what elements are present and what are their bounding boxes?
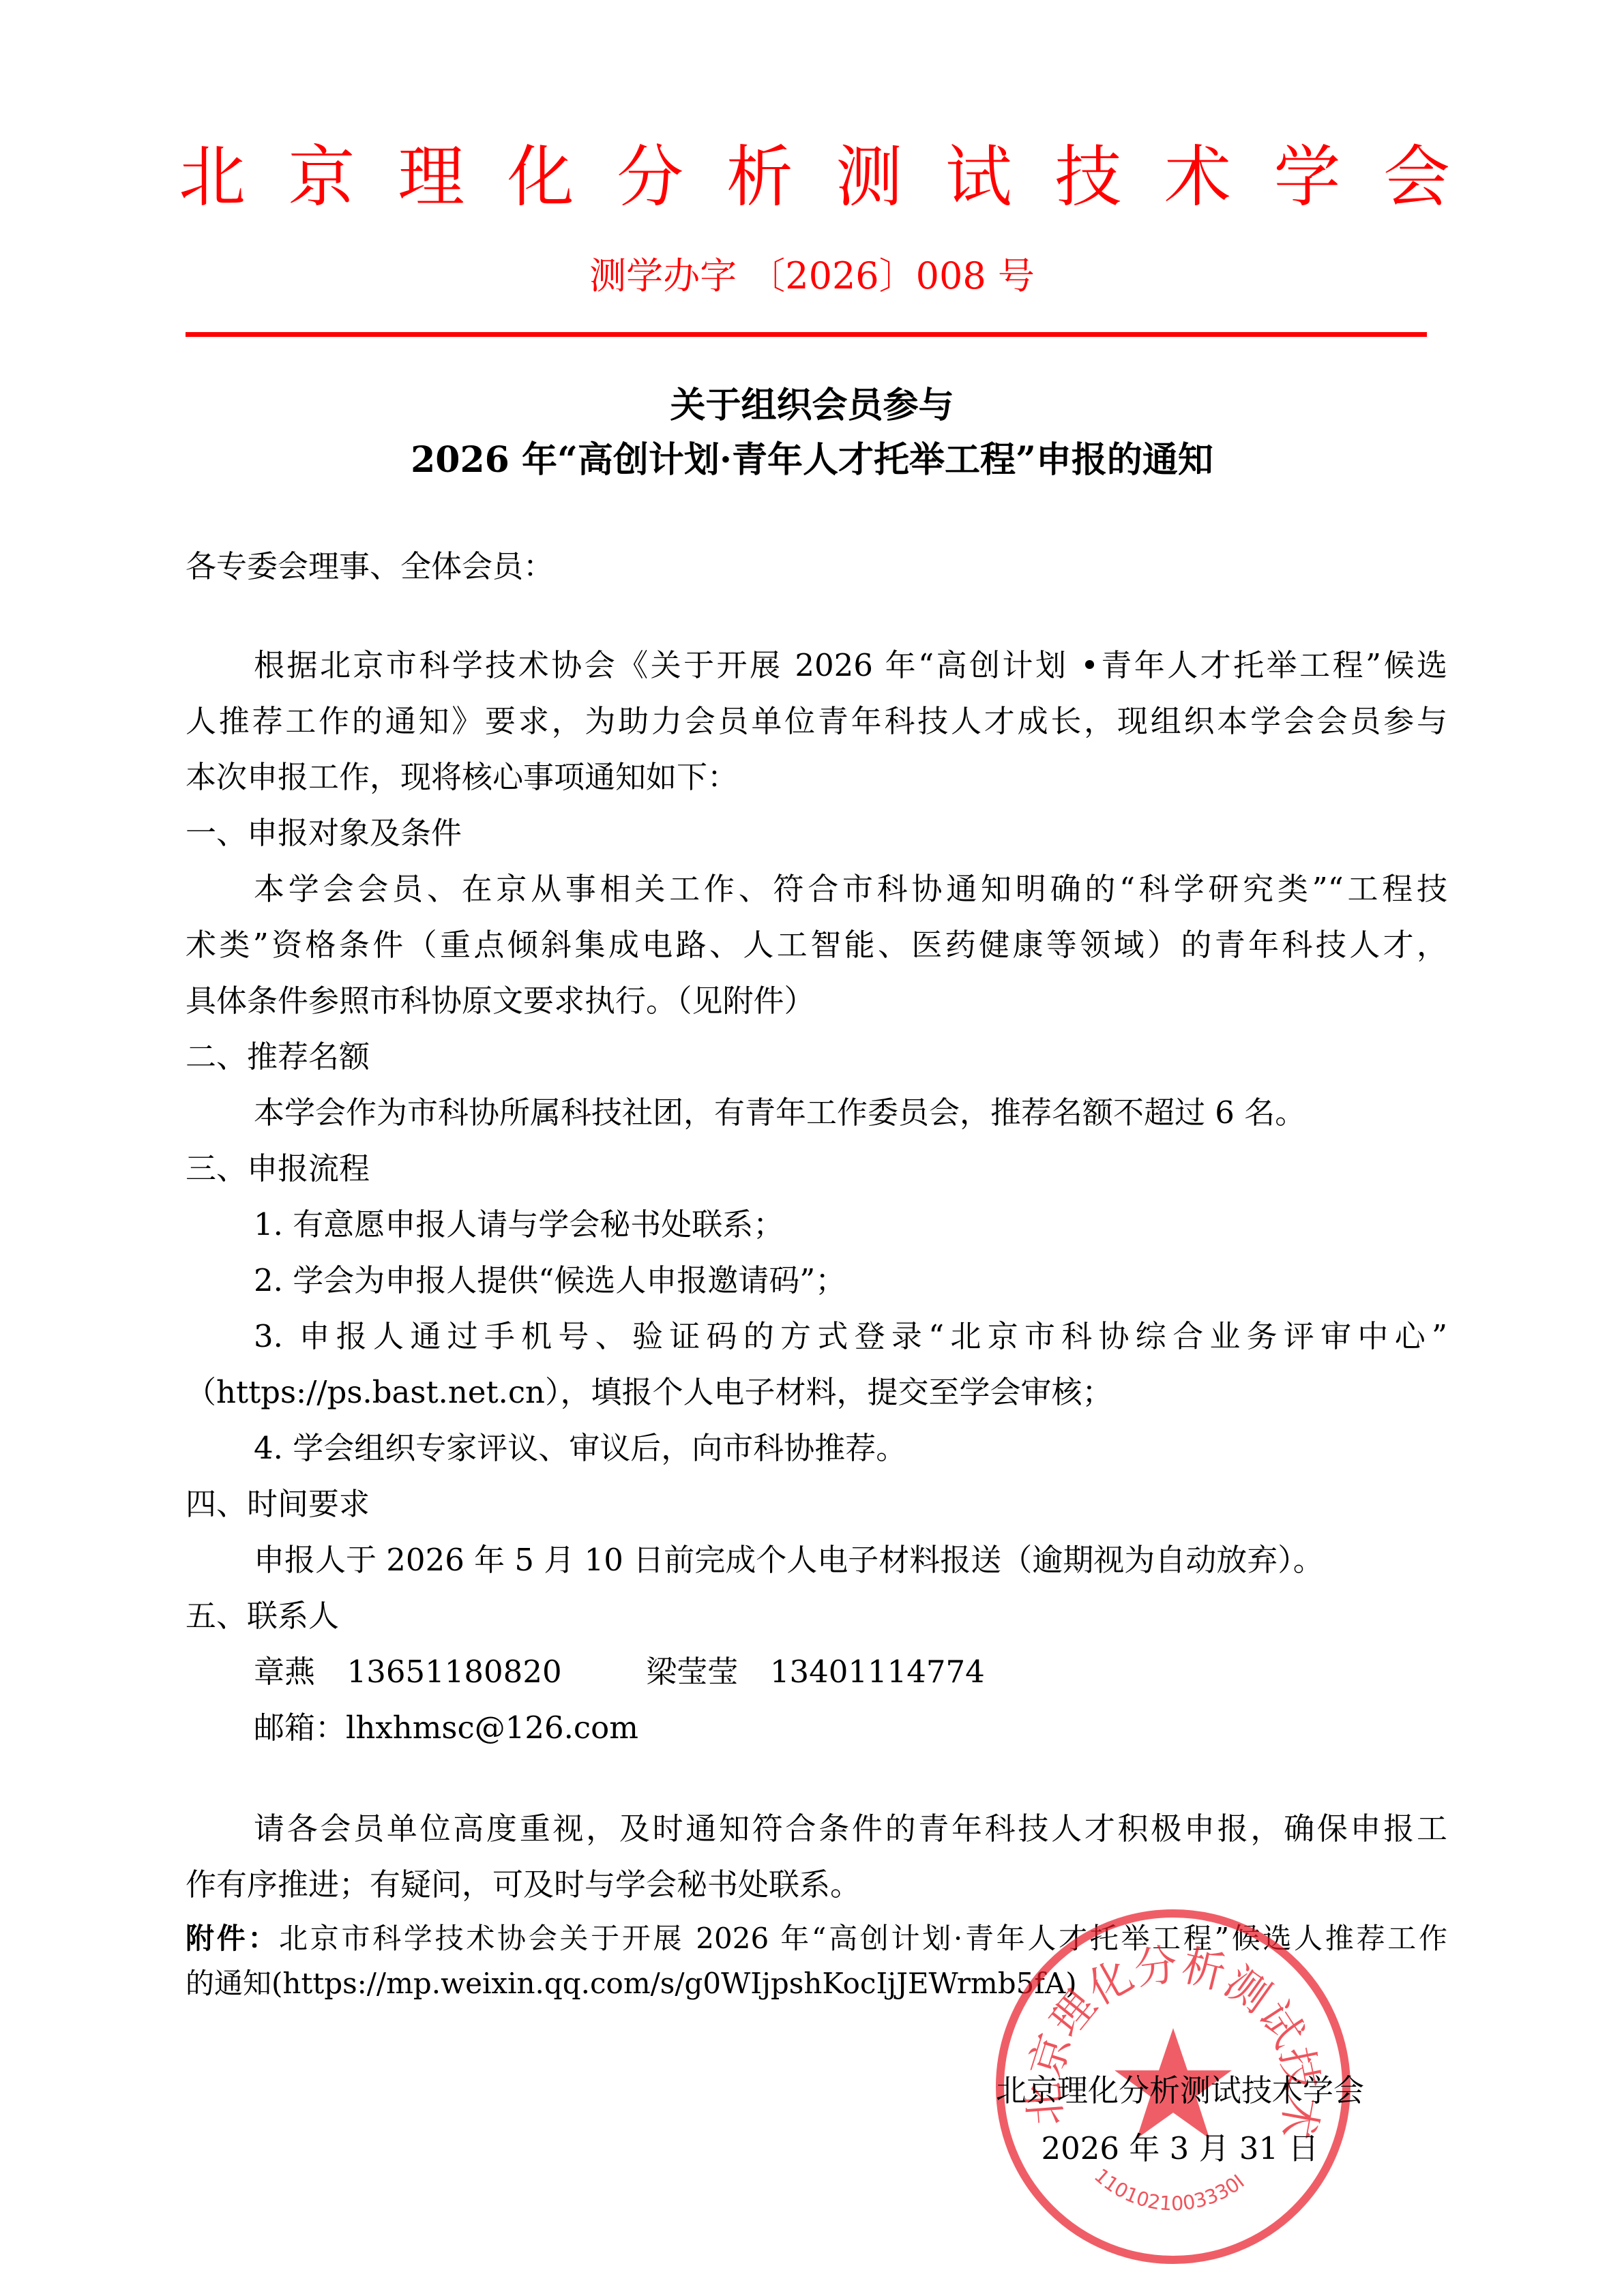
document-page: 北京理化分析测试技术学会 测学办字 〔2026〕008 号 关于组织会员参与 2… [0, 0, 1624, 2296]
process-step-4: 4. 学会组织专家评议、审议后，向市科协推荐。 [254, 1420, 1447, 1476]
intro-line-3: 本次申报工作，现将核心事项通知如下： [186, 749, 1447, 805]
attachment-label: 附件： [186, 1922, 279, 1955]
closing-line-1: 请各会员单位高度重视，及时通知符合条件的青年科技人才积极申报，确保申报工 [254, 1801, 1447, 1857]
contact-phone-1[interactable]: 13651180820 [347, 1654, 562, 1690]
section-1-line-2: 术类”资格条件（重点倾斜集成电路、人工智能、医药健康等领域）的青年科技人才， [186, 917, 1447, 973]
section-heading-5: 五、联系人 [186, 1588, 1447, 1644]
section-heading-4: 四、时间要求 [186, 1476, 1447, 1532]
org-letterhead-title: 北京理化分析测试技术学会 [179, 140, 1454, 215]
process-step-1: 1. 有意愿申报人请与学会秘书处联系； [254, 1197, 1447, 1253]
signature-org: 北京理化分析测试技术学会 [975, 2063, 1385, 2119]
process-step-3: 3. 申报人通过手机号、验证码的方式登录“北京市科协综合业务评审中心” [254, 1309, 1447, 1365]
section-heading-2: 二、推荐名额 [186, 1029, 1447, 1085]
salutation: 各专委会理事、全体会员： [186, 539, 1447, 595]
intro-line-2: 人推荐工作的通知》要求，为助力会员单位青年科技人才成长，现组织本学会会员参与 [186, 694, 1447, 749]
contact-name-2: 梁莹莹 [646, 1654, 738, 1690]
section-2-line-1: 本学会作为市科协所属科技社团，有青年工作委员会，推荐名额不超过 6 名。 [254, 1085, 1447, 1141]
section-heading-1: 一、申报对象及条件 [186, 805, 1447, 861]
document-number: 测学办字 〔2026〕008 号 [0, 252, 1624, 300]
section-4-line-1: 申报人于 2026 年 5 月 10 日前完成个人电子材料报送（逾期视为自动放弃… [254, 1532, 1447, 1588]
section-heading-3: 三、申报流程 [186, 1141, 1447, 1197]
contact-phone-2[interactable]: 13401114774 [770, 1654, 985, 1690]
section-1-line-1: 本学会会员、在京从事相关工作、符合市科协通知明确的“科学研究类”“工程技 [254, 861, 1447, 917]
process-step-3-continued: （https://ps.bast.net.cn），填报个人电子材料，提交至学会审… [186, 1365, 1447, 1420]
section-1-line-3: 具体条件参照市科协原文要求执行。（见附件） [186, 973, 1447, 1029]
process-step-2: 2. 学会为申报人提供“候选人申报邀请码”； [254, 1253, 1447, 1309]
notice-title-line-2: 2026 年“高创计划·青年人才托举工程”申报的通知 [0, 436, 1624, 484]
email-label: 邮箱： [254, 1710, 346, 1746]
signature-date: 2026 年 3 月 31 日 [975, 2121, 1385, 2177]
closing-line-2: 作有序推进；有疑问，可及时与学会秘书处联系。 [186, 1857, 1447, 1913]
email-row: 邮箱：lhxhmsc@126.com [254, 1700, 1447, 1756]
contacts-row: 章燕 13651180820 梁莹莹 13401114774 [254, 1644, 1447, 1700]
letterhead-divider [186, 332, 1427, 337]
notice-title-line-1: 关于组织会员参与 [0, 382, 1624, 430]
intro-line-1: 根据北京市科学技术协会《关于开展 2026 年“高创计划 •青年人才托举工程”候… [254, 638, 1447, 694]
contact-name-1: 章燕 [254, 1654, 315, 1690]
email-link[interactable]: lhxhmsc@126.com [346, 1710, 638, 1746]
